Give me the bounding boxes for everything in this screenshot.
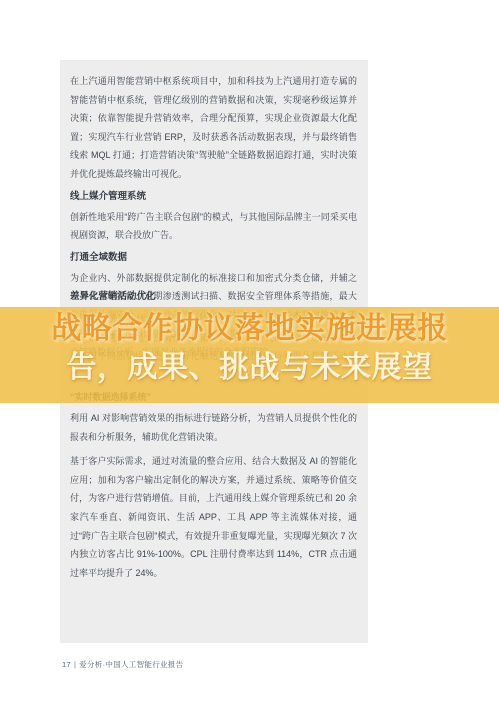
paragraph-smart-marketing-hub: 在上汽通用智能营销中枢系统项目中，加和科技为上汽通用打造专属的智能营销中枢系统，… — [70, 72, 357, 184]
page-footer: 17|爱分析·中国人工智能行业报告 — [62, 660, 183, 670]
panel-bottom-sections: 利用 AI 对影响营销效果的指标进行链路分析，为营销人员提供个性化的报表和分析服… — [70, 409, 357, 588]
paragraph-online-media: 创新性地采用“跨广告主联合包剧”的模式，与其他国际品牌主一同采买电视剧资源，联合… — [70, 208, 357, 245]
heading-differentiated-marketing: 差异化营销活动优化 — [70, 290, 357, 304]
report-page: 在上汽通用智能营销中枢系统项目中，加和科技为上汽通用打造专属的智能营销中枢系统，… — [0, 0, 499, 706]
overlay-title-banner: 战略合作协议落地实施进展报 告，成果、挑战与未来展望 — [0, 307, 499, 403]
footer-page-number: 17 — [62, 660, 71, 669]
footer-report-title: 爱分析·中国人工智能行业报告 — [79, 660, 183, 669]
heading-online-media-system: 线上媒介管理系统 — [70, 190, 357, 204]
paragraph-customer-results: 基于客户实际需求，通过对流量的整合应用、结合大数据及 AI 的智能化应用；加和为… — [70, 452, 357, 582]
banner-title-line-1: 战略合作协议落地实施进展报 — [0, 309, 499, 348]
banner-title-line-2: 告，成果、挑战与未来展望 — [0, 348, 499, 387]
heading-omni-domain-data: 打通全域数据 — [70, 251, 357, 265]
footer-divider: | — [74, 660, 76, 669]
paragraph-ai-link-analysis: 利用 AI 对影响营销效果的指标进行链路分析，为营销人员提供个性化的报表和分析服… — [70, 409, 357, 446]
